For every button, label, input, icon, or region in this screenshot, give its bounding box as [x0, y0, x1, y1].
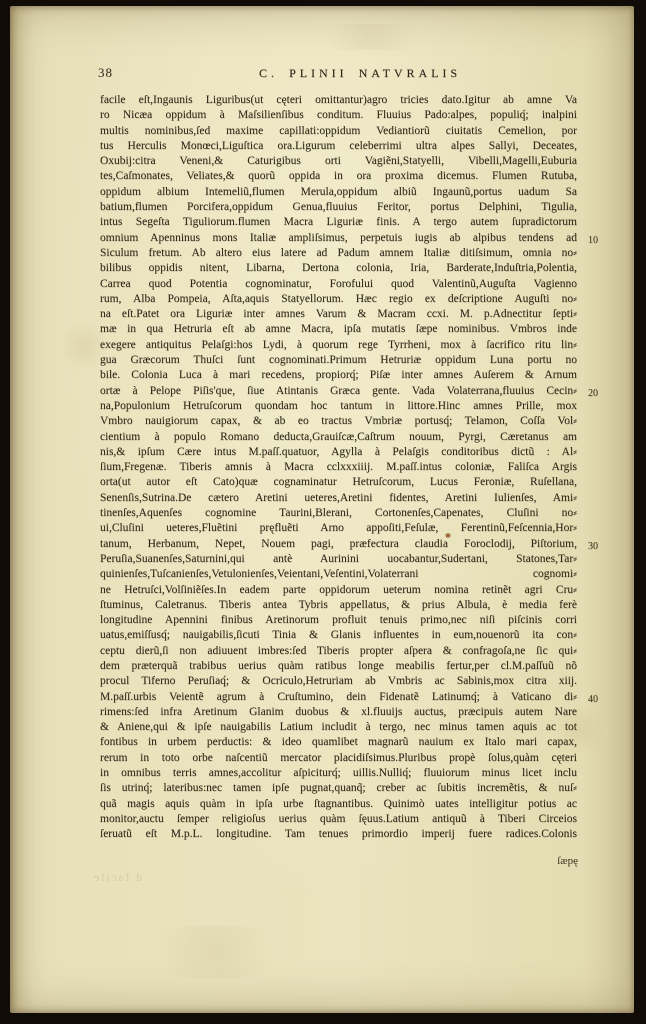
- text-line: ſeruatũ eſt M.p.L. longitudine. Tam tenu…: [100, 827, 577, 842]
- text-line: intus Segeſta Tiguliorum.flumen Macra Li…: [100, 215, 577, 230]
- text-line: bile. Colonia Luca à mari recedens, prop…: [100, 368, 577, 383]
- text-line: longitudine Apennini finibus Aretinorum …: [100, 613, 577, 628]
- running-head: C. PLINII NATVRALIS: [100, 66, 620, 81]
- text-line: fontibus in urbem perductis: & ideo quam…: [100, 735, 577, 750]
- text-line: na,Populonium Hetruſcorum quondam hoc ta…: [100, 399, 577, 414]
- text-line: mæ in qua Hetruria eſt ab amne Macra, ip…: [100, 322, 577, 337]
- margin-line-number: 40: [588, 692, 598, 707]
- text-line: Peruſia,Suanenſes,Saturnini,qui antè Aur…: [100, 552, 577, 567]
- text-line: nis,& ipſum Cære intus M.paſſ.quatuor, A…: [100, 445, 577, 460]
- text-line: tes,Caſmonates, Veliates,& quorũ oppida …: [100, 169, 577, 184]
- text-line: ui,Cluſini ueteres,Fluẽtini pręfluẽti Ar…: [100, 521, 577, 536]
- catchword: ſæpę: [557, 855, 578, 867]
- scanned-book-photo: { "page": { "number": "38", "running_hea…: [0, 0, 646, 1024]
- text-line: exegere antiquitus Pelaſgi:hos Lydi, à q…: [100, 338, 577, 353]
- text-line: dem præterquã trabibus uerius quàm ratib…: [100, 659, 577, 674]
- text-line: rerum in toto orbe naſcentiũ mercator pl…: [100, 751, 577, 766]
- text-line: ceptu dierũ,ſi non adiuuent imbres:ſed T…: [100, 644, 577, 659]
- text-line: oppidum albium Intemeliũ,flumen Merula,o…: [100, 185, 577, 200]
- text-line: tinenſes,Aquenſes cognomine Taurini,Bler…: [100, 506, 577, 521]
- text-line: ro Nicæa oppidum à Maſsilienſibus condit…: [100, 108, 577, 123]
- text-line: bilibus oppidis nitent, Libarna, Dertona…: [100, 261, 577, 276]
- text-line: batium,flumen Porcifera,oppidum Genua,fl…: [100, 200, 577, 215]
- text-line: Vmbro nauigiorum capax, & ab eo tractus …: [100, 414, 577, 429]
- text-line: monitor,auctu ſemper religioſus uerius q…: [100, 812, 577, 827]
- text-line: & Aniene,qui & ipſe nauigabilis Latium i…: [100, 720, 577, 735]
- margin-line-number: 30: [588, 539, 598, 554]
- text-block: facile eſt,Ingaunis Liguribus(ut cęteri …: [100, 93, 577, 843]
- text-line: ne Hetruſci,Volſiniẽſes.In eadem parte o…: [100, 583, 577, 598]
- text-line: na eſt.Patet ora Liguriæ inter amnes Var…: [100, 307, 577, 322]
- text-line: ſtuminus, Caletranus. Tiberis antea Tybr…: [100, 598, 577, 613]
- show-through-text: d facile: [92, 872, 142, 884]
- text-line: quinienſes,Tuſcanienſes,Vetulonienſes,Ve…: [100, 567, 577, 582]
- text-line: orta(ut autor eſt Cato)quæ cognaminatur …: [100, 475, 577, 490]
- text-line: ortæ à Pelope Piſis'que, ſiue Atintanis …: [100, 384, 577, 399]
- text-line: facile eſt,Ingaunis Liguribus(ut cęteri …: [100, 93, 577, 108]
- text-line: Siculum fretum. Ab altero eius latere ad…: [100, 246, 577, 261]
- text-line: omnium Apenninus mons Italiæ ampliſsimus…: [100, 231, 577, 246]
- text-line: gua Græcorum Thuſci ſunt cognominati.Pri…: [100, 353, 577, 368]
- text-line: Senenſis,Sutrina.De cætero Aretini ueter…: [100, 491, 577, 506]
- margin-line-number: 20: [588, 386, 598, 401]
- text-line: procul Tiferno Peruſiaq́; & Ocriculo,Het…: [100, 674, 577, 689]
- text-line: cientium à populo Romano deducta,Grauiſc…: [100, 430, 577, 445]
- text-line: tanum, Herbanum, Nepet, Nouem pagi, præf…: [100, 537, 577, 552]
- foxing-stain: [310, 24, 430, 50]
- text-line: ſis utrinq́; lateribus:nec tamen ipſe pu…: [100, 781, 577, 796]
- margin-line-number: 10: [588, 233, 598, 248]
- text-line: in omnibus terris amnes,accolitur aſpici…: [100, 766, 577, 781]
- text-line: multis nominibus,ſed maxime capillati:op…: [100, 124, 577, 139]
- text-line: M.paſſ.urbis Veientẽ agrum à Cruſtumino,…: [100, 690, 577, 705]
- text-line: tus Herculis Monœci,Liguſtica ora.Liguru…: [100, 139, 577, 154]
- text-line: quã magis aquis quàm in ipſa urbe ſtagna…: [100, 797, 577, 812]
- book-page: 38 C. PLINII NATVRALIS facile eſt,Ingaun…: [10, 6, 634, 1013]
- text-line: uatus,emiſſusq́; nauigabilis,ſicuti Tini…: [100, 628, 577, 643]
- text-line: rum, Alba Pompeia, Aſta,aquis Statyellor…: [100, 292, 577, 307]
- text-line: ſium,Fregenæ. Tiberis amnis à Macra cclx…: [100, 460, 577, 475]
- text-line: rimens:ſed infra Aretinum Glanim duobus …: [100, 705, 577, 720]
- foxing-stain: [140, 926, 290, 978]
- text-line: Oxubij:citra Veneni,& Caturigibus orti V…: [100, 154, 577, 169]
- text-line: Carrea quod Potentia cognominatur, Forof…: [100, 277, 577, 292]
